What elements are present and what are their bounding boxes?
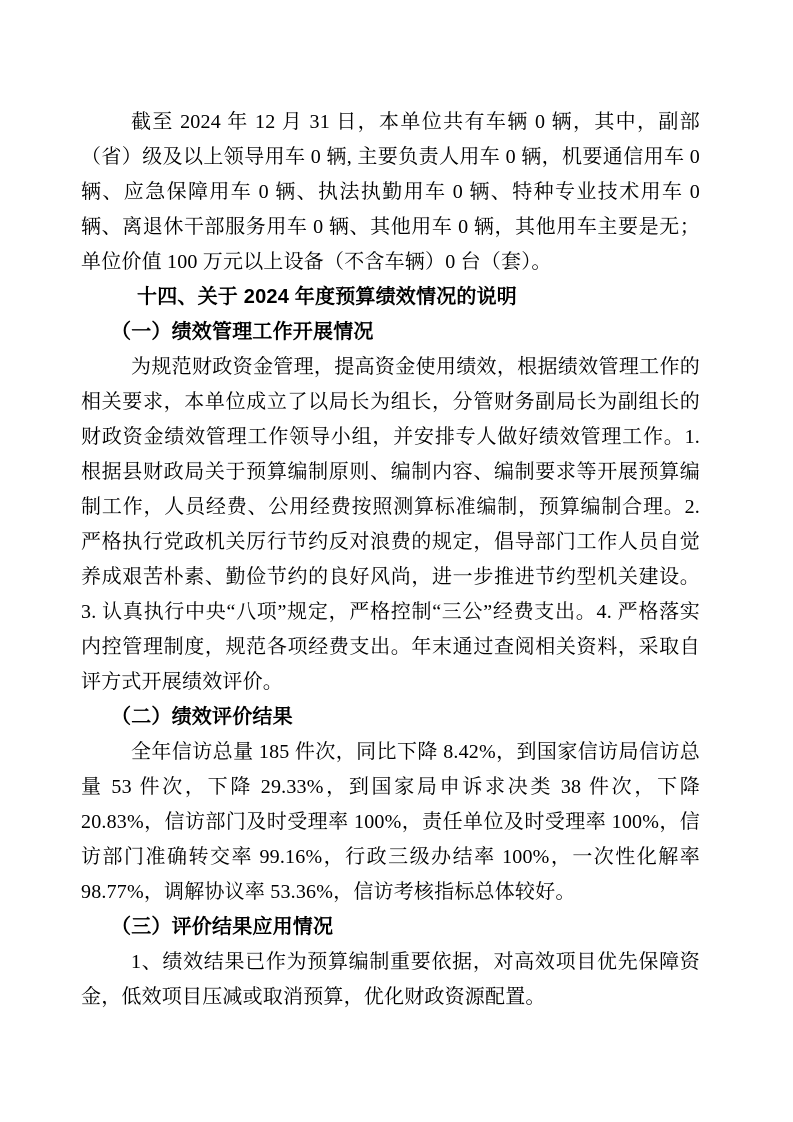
subsection-3-paragraph: 1、绩效结果已作为预算编制重要依据，对高效项目优先保障资金，低效项目压减或取消预…: [81, 945, 700, 1015]
subsection-1-paragraph: 为规范财政资金管理，提高资金使用绩效，根据绩效管理工作的相关要求，本单位成立了以…: [81, 350, 700, 700]
subsection-1-heading: （一）绩效管理工作开展情况: [81, 315, 700, 350]
section-heading-14: 十四、关于 2024 年度预算绩效情况的说明: [81, 280, 700, 315]
subsection-2-paragraph: 全年信访总量 185 件次，同比下降 8.42%，到国家信访局信访总量 53 件…: [81, 735, 700, 910]
subsection-3-heading: （三）评价结果应用情况: [81, 910, 700, 945]
paragraph-vehicle-assets: 截至 2024 年 12 月 31 日，本单位共有车辆 0 辆，其中，副部（省）…: [81, 105, 700, 280]
subsection-2-heading: （二）绩效评价结果: [81, 700, 700, 735]
document-page: 截至 2024 年 12 月 31 日，本单位共有车辆 0 辆，其中，副部（省）…: [0, 0, 793, 1122]
